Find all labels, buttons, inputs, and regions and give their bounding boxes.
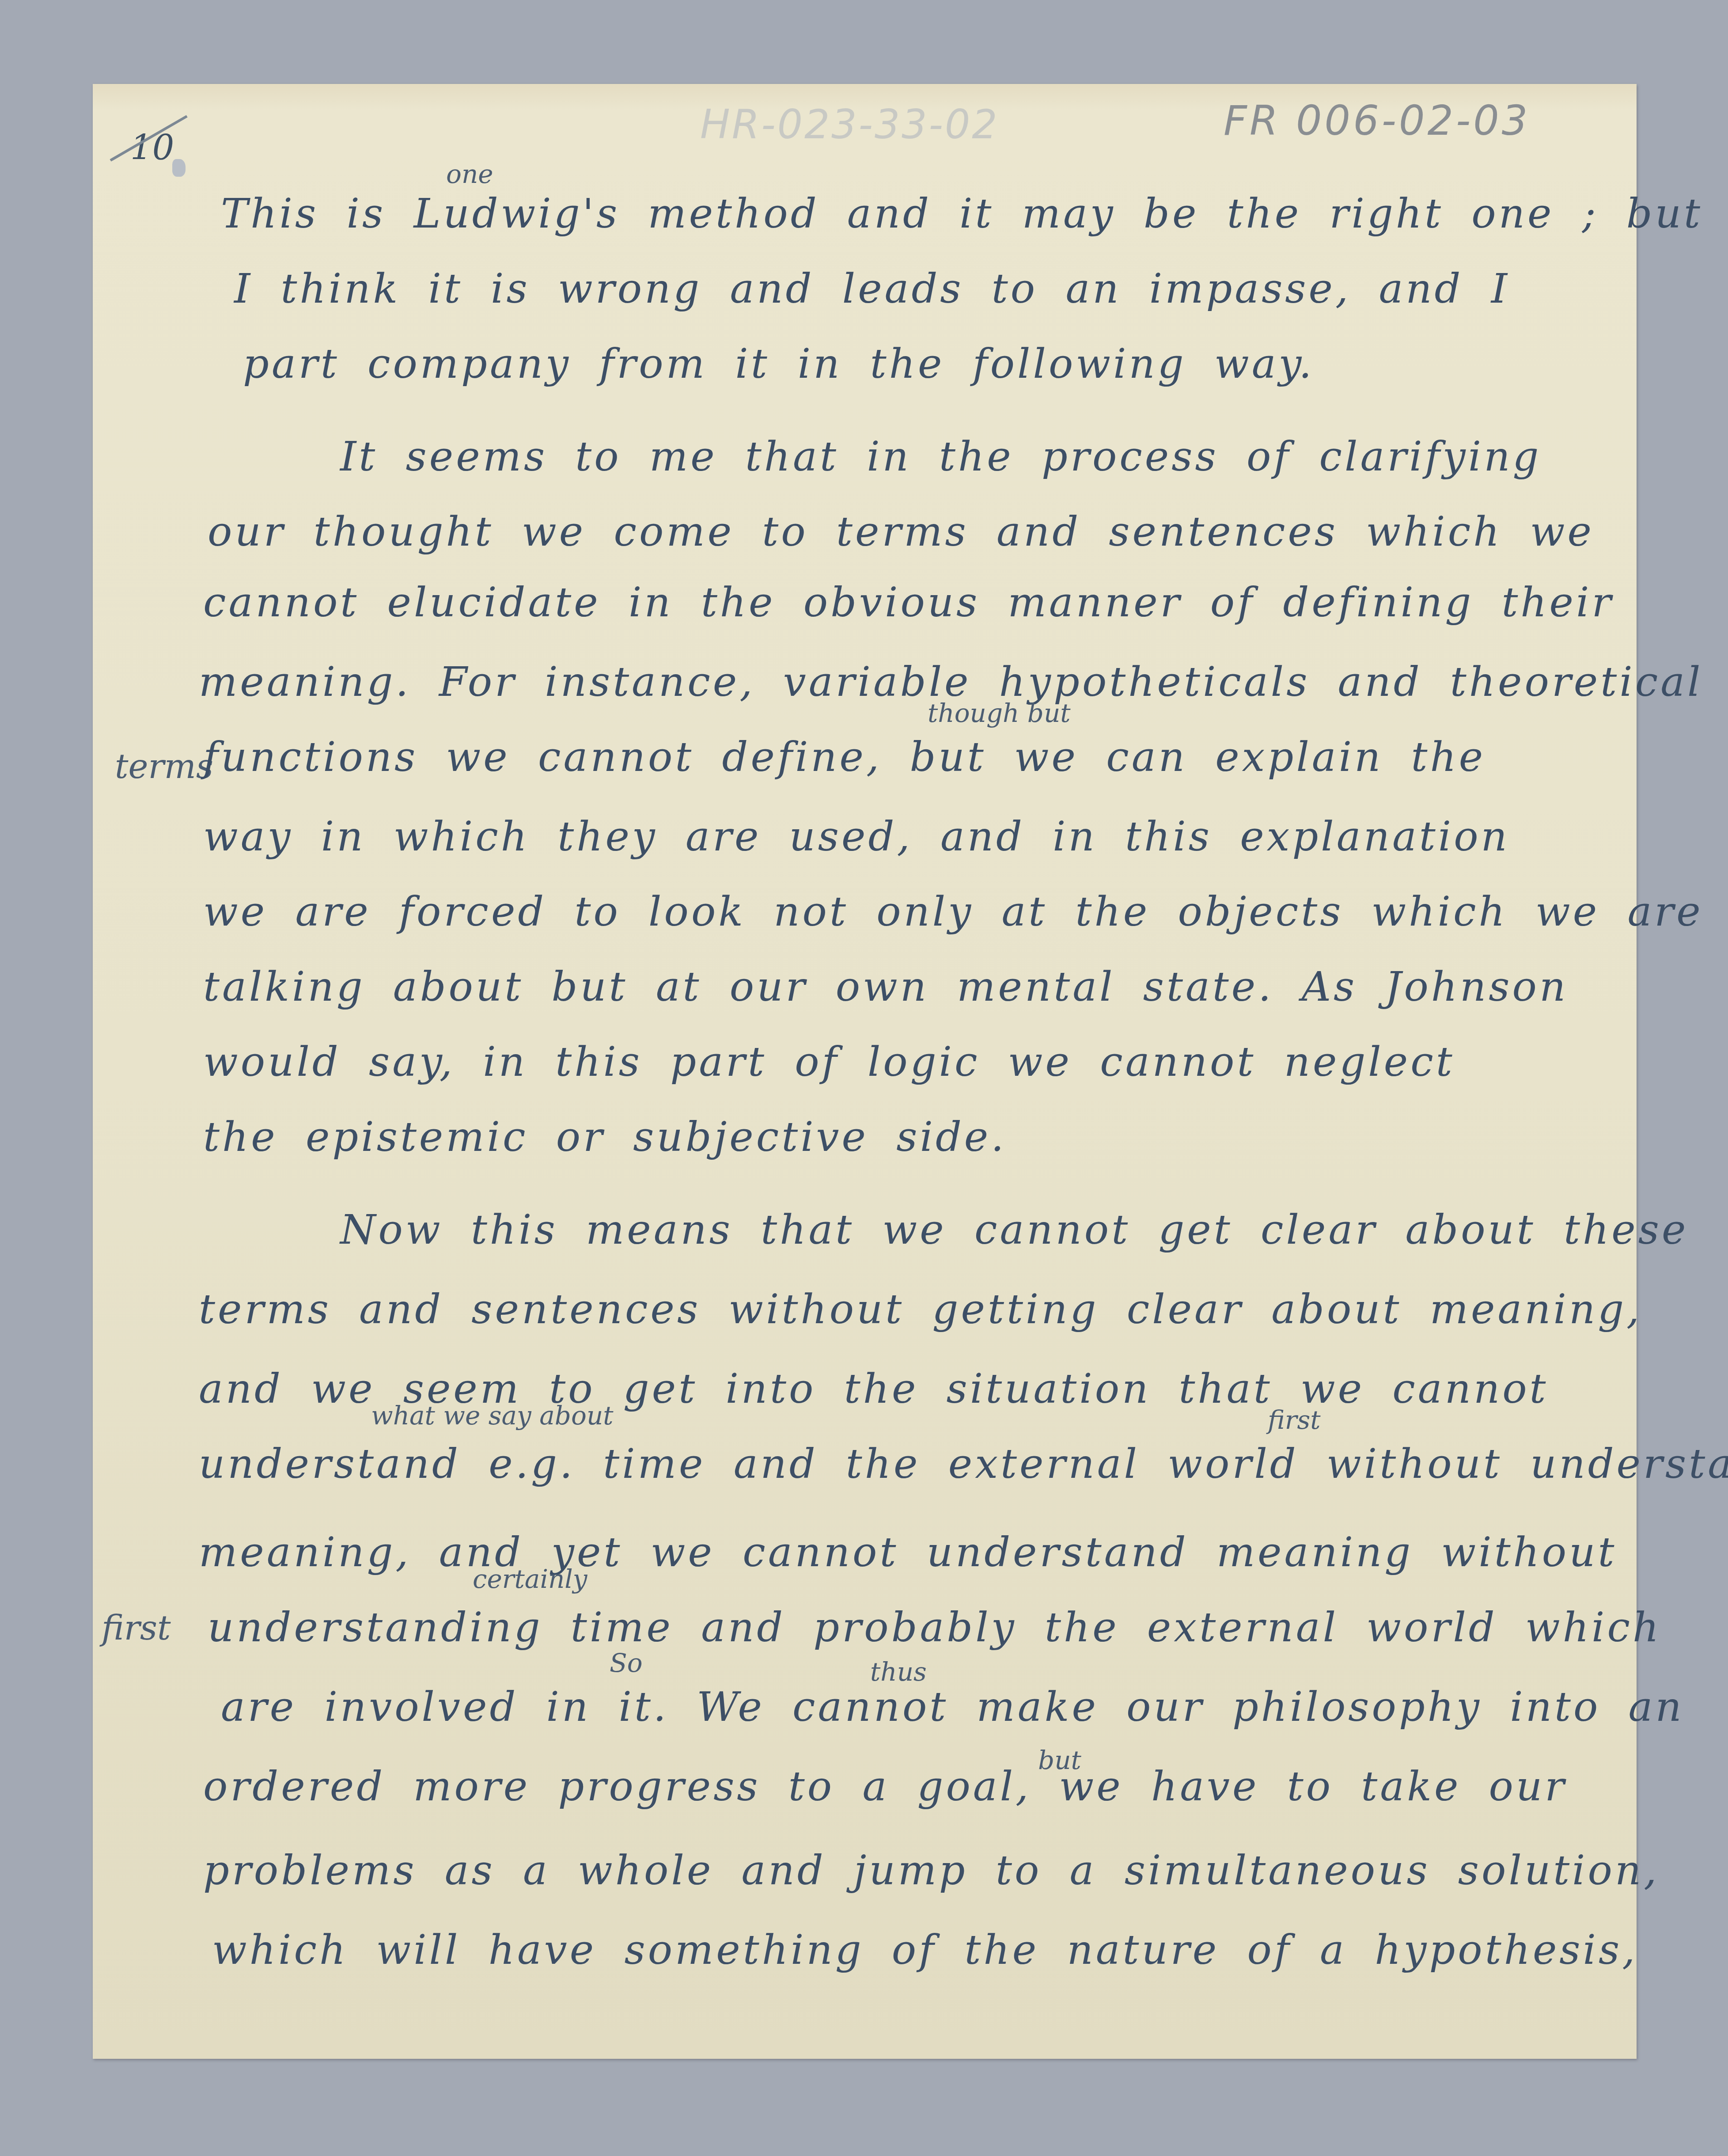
text-line-20: are involved in it. We cannot make our p…: [221, 1683, 1684, 1731]
insertion-one: one: [446, 159, 493, 189]
text-line-2: I think it is wrong and leads to an impa…: [234, 265, 1510, 312]
text-line-1: This is Ludwig's method and it may be th…: [221, 190, 1703, 237]
text-line-10: we are forced to look not only at the ob…: [203, 888, 1703, 935]
insertion-thus: thus: [870, 1657, 927, 1687]
text-line-22: problems as a whole and jump to a simult…: [203, 1847, 1659, 1894]
text-line-18: meaning, and yet we cannot understand me…: [199, 1529, 1617, 1576]
insertion-first: first: [1268, 1405, 1320, 1435]
text-line-21: ordered more progress to a goal, we have…: [203, 1763, 1567, 1810]
text-line-8: functions we cannot define, but we can e…: [203, 733, 1485, 781]
margin-insertion-terms: terms: [115, 747, 213, 786]
text-line-14: Now this means that we cannot get clear …: [340, 1206, 1688, 1253]
insertion-so: So: [610, 1648, 643, 1678]
insertion-though-but: though but: [928, 698, 1071, 728]
text-line-13: the epistemic or subjective side.: [203, 1113, 1006, 1161]
text-line-11: talking about but at our own mental stat…: [203, 963, 1568, 1010]
insertion-certainly: certainly: [473, 1564, 587, 1594]
margin-insertion-first: first: [102, 1608, 171, 1647]
text-line-19: understanding time and probably the exte…: [208, 1604, 1661, 1651]
text-line-23: which will have something of the nature …: [212, 1926, 1637, 1974]
text-line-5: our thought we come to terms and sentenc…: [208, 508, 1594, 555]
handwritten-text-body: one This is Ludwig's method and it may b…: [93, 84, 1637, 2059]
text-line-12: would say, in this part of logic we cann…: [203, 1038, 1455, 1086]
text-line-15: terms and sentences without getting clea…: [199, 1286, 1642, 1333]
text-line-4: It seems to me that in the process of cl…: [340, 433, 1541, 480]
manuscript-page: HR-023-33-02 FR 006-02-03 10 one This is…: [93, 84, 1637, 2059]
text-line-6: cannot elucidate in the obvious manner o…: [203, 579, 1614, 626]
text-line-3: part company from it in the following wa…: [243, 340, 1315, 387]
text-line-9: way in which they are used, and in this …: [203, 813, 1510, 860]
insertion-what-we-say-about: what we say about: [371, 1401, 614, 1431]
text-line-17: understand e.g. time and the external wo…: [199, 1440, 1728, 1488]
